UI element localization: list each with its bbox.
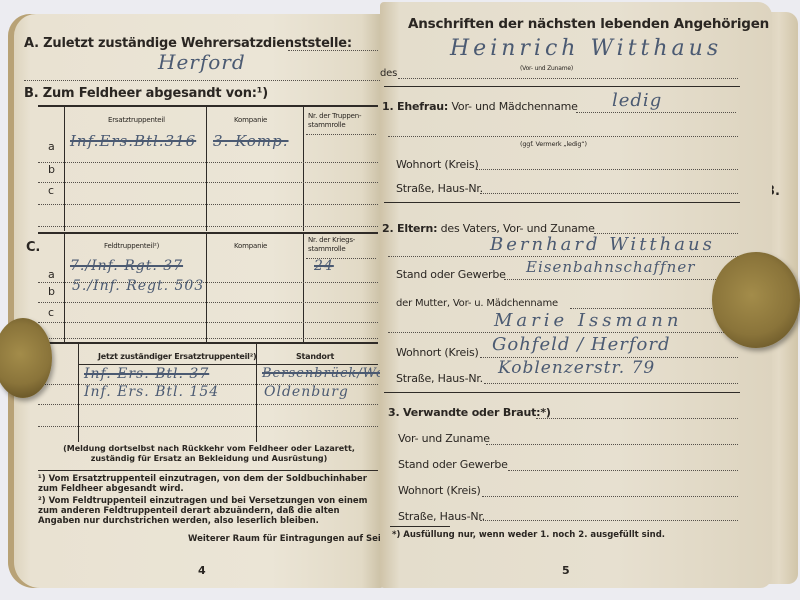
col-kompanie: Kompanie (234, 116, 267, 124)
father-name: Bernhard Witthaus (490, 234, 715, 255)
repl-row-2-unit: Inf. Ers. Btl. 154 (84, 384, 219, 400)
c-row-a-number: 24 (314, 258, 334, 274)
mother-name: Marie Issmann (494, 310, 682, 331)
spouse-label: 1. Ehefrau: Vor- und Mädchenname (382, 100, 578, 113)
c-row-b-unit: 5./Inf. Regt. 503 (72, 278, 204, 294)
col-ersatztruppenteil: Ersatztruppenteil (108, 116, 165, 124)
section-b-label: B. Zum Feldheer abgesandt von:¹) (24, 86, 268, 101)
c-row-a-unit: 7./Inf. Rgt. 37 (70, 258, 183, 274)
name-caption: (Vor- und Zuname) (520, 65, 573, 72)
father-occupation: Eisenbahnschaffner (526, 258, 695, 276)
left-page: A. Zuletzt zuständige Wehrersatzdienstst… (8, 14, 384, 588)
spouse-caption: (ggf. Vermerk „ledig“) (520, 140, 587, 148)
section-a-value: Herford (158, 50, 246, 74)
repl-row-2-location: Oldenburg (264, 384, 349, 400)
des-label: des (380, 68, 397, 79)
footnote-2: ²) Vom Feldtruppenteil einzutragen und b… (38, 496, 378, 526)
footnote-1: ¹) Vom Ersatztruppenteil einzutragen, vo… (38, 474, 378, 494)
b-row-a-unit: Inf.Ers.Btl.316 (70, 132, 196, 150)
spouse-value: ledig (612, 90, 662, 111)
parents-street: Koblenzerstr. 79 (498, 358, 655, 378)
col-stammrolle: Nr. der Truppen-stammrolle (308, 112, 378, 130)
col-current-unit: Jetzt zuständiger Ersatztruppenteil²) (98, 352, 256, 361)
parents-residence: Gohfeld / Herford (492, 334, 671, 355)
page-number-right: 5 (562, 564, 570, 577)
right-footnote: *) Ausfüllung nur, wenn weder 1. noch 2.… (392, 530, 665, 540)
coin-right (712, 252, 800, 348)
col-standort: Standort (296, 352, 334, 361)
relatives-label: 3. Verwandte oder Braut:*) (388, 406, 551, 419)
replacement-note: (Meldung dortselbst nach Rückkehr vom Fe… (44, 444, 374, 464)
continuation-note: Weiterer Raum für Eintragungen auf Seite… (188, 534, 409, 544)
section-a-label: A. Zuletzt zuständige Wehrersatzdienstst… (24, 36, 352, 51)
repl-row-1-unit: Inf. Ers. Btl. 37 (84, 366, 209, 382)
open-soldbuch: 3. A. Zuletzt zuständige Wehrersatzdiens… (0, 0, 800, 600)
col-feldtruppenteil: Feldtruppenteil²) (104, 242, 159, 250)
page-number-left: 4 (198, 564, 206, 577)
b-row-a-company: 3. Komp. (213, 132, 289, 150)
holder-name: Heinrich Witthaus (450, 36, 722, 61)
right-page-title: Anschriften der nächsten lebenden Angehö… (408, 16, 769, 32)
section-c-label: C. (26, 240, 40, 255)
